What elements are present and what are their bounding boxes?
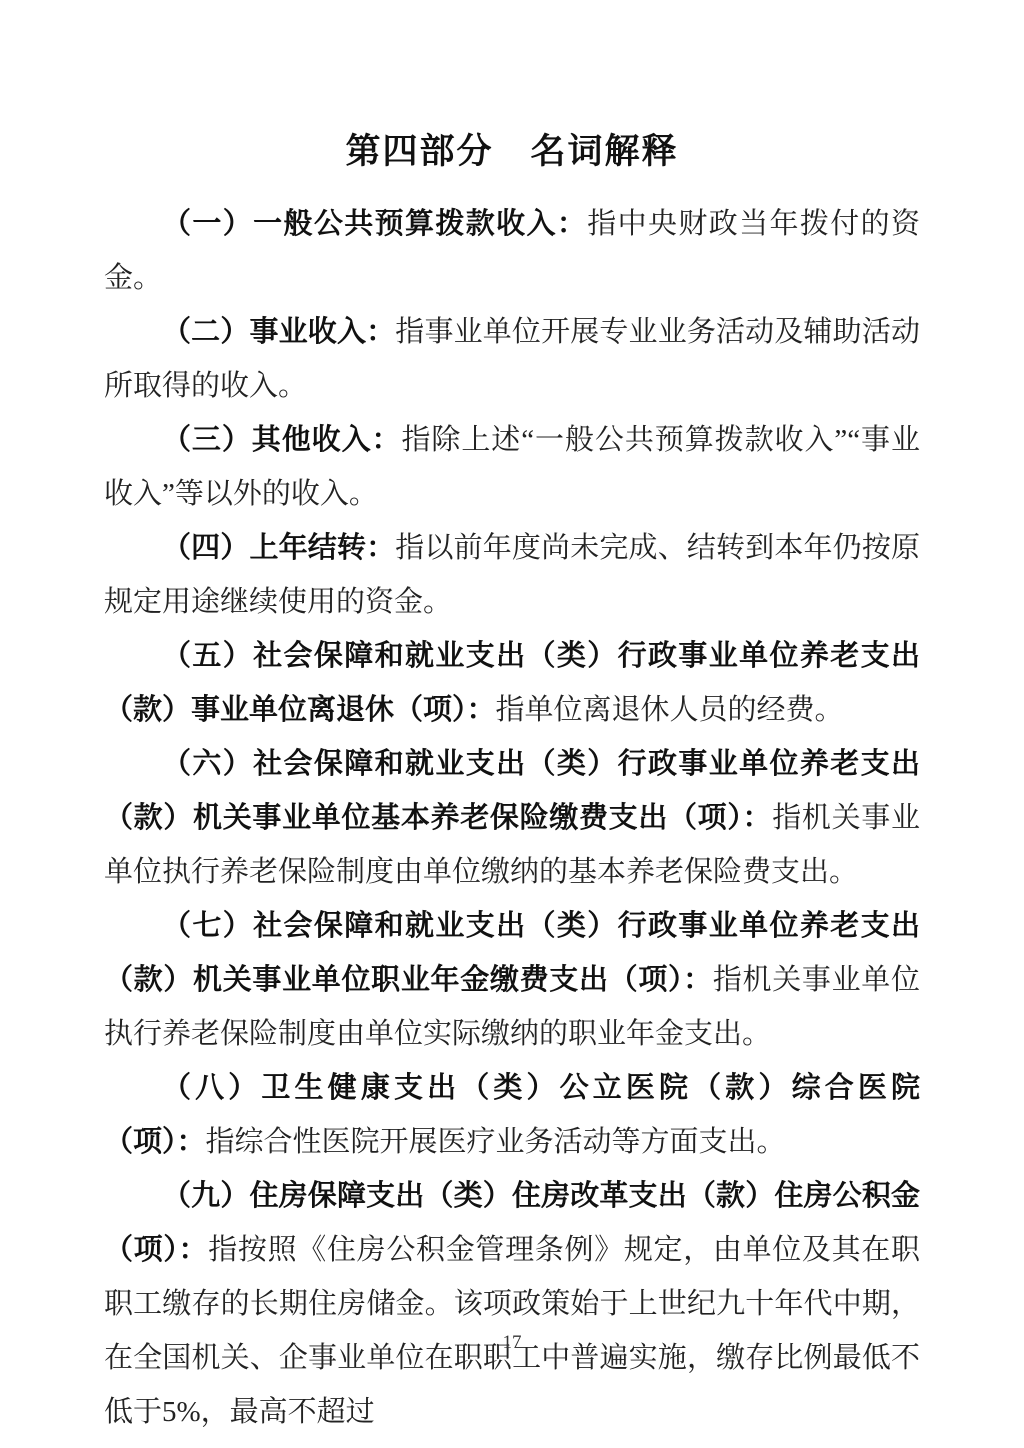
glossary-item-8: （八）卫生健康支出（类）公立医院（款）综合医院（项）：指综合性医院开展医疗业务活…	[104, 1061, 920, 1169]
glossary-definition: 指单位离退休人员的经费。	[496, 694, 844, 726]
glossary-definition: 指综合性医院开展医疗业务活动等方面支出。	[206, 1126, 786, 1158]
glossary-term: （四）上年结转：	[162, 532, 395, 564]
glossary-item-3: （三）其他收入：指除上述“一般公共预算拨款收入”“事业收入”等以外的收入。	[104, 413, 920, 521]
glossary-term: （一）一般公共预算拨款收入：	[162, 208, 587, 240]
document-content: 第四部分 名词解释 （一）一般公共预算拨款收入：指中央财政当年拨付的资金。 （二…	[104, 130, 920, 1439]
glossary-item-1: （一）一般公共预算拨款收入：指中央财政当年拨付的资金。	[104, 197, 920, 305]
glossary-term: （二）事业收入：	[162, 316, 395, 348]
glossary-item-5: （五）社会保障和就业支出（类）行政事业单位养老支出（款）事业单位离退休（项）：指…	[104, 629, 920, 737]
glossary-term: （三）其他收入：	[162, 424, 401, 456]
page-number: 17	[0, 1331, 1024, 1355]
glossary-item-2: （二）事业收入：指事业单位开展专业业务活动及辅助活动所取得的收入。	[104, 305, 920, 413]
glossary-item-9: （九）住房保障支出（类）住房改革支出（款）住房公积金（项）：指按照《住房公积金管…	[104, 1169, 920, 1439]
section-title: 第四部分 名词解释	[104, 130, 920, 174]
glossary-item-7: （七）社会保障和就业支出（类）行政事业单位养老支出（款）机关事业单位职业年金缴费…	[104, 899, 920, 1061]
glossary-item-4: （四）上年结转：指以前年度尚未完成、结转到本年仍按原规定用途继续使用的资金。	[104, 521, 920, 629]
glossary-item-6: （六）社会保障和就业支出（类）行政事业单位养老支出（款）机关事业单位基本养老保险…	[104, 737, 920, 899]
document-page: 第四部分 名词解释 （一）一般公共预算拨款收入：指中央财政当年拨付的资金。 （二…	[0, 0, 1024, 1448]
